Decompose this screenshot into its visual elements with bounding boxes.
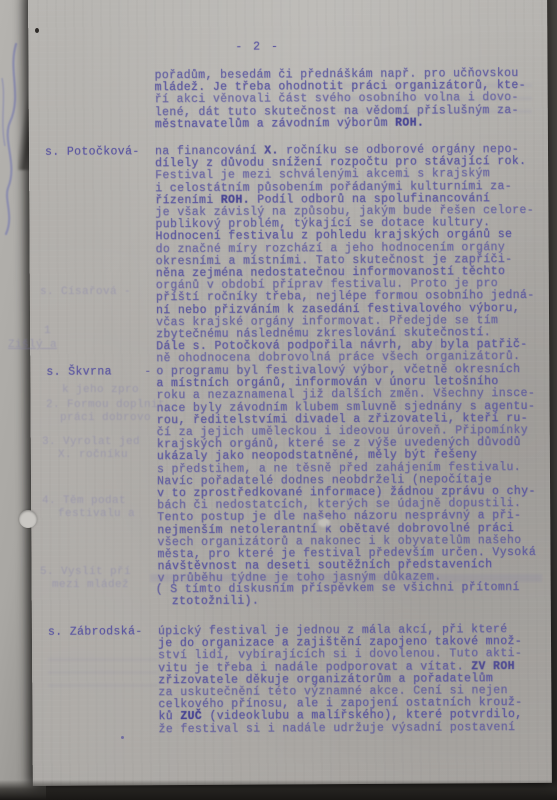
paper-sheet: - 2 - pořadům, besedám či přednáškám nap… [28, 0, 552, 786]
typewritten-content: - 2 - pořadům, besedám či přednáškám nap… [28, 0, 552, 786]
speaker-label: s. Potočková- [45, 145, 140, 159]
paragraph-zabrodska: s. Zábrodská-úpický festival je jednou z… [32, 623, 551, 626]
stray-ink-dot [121, 736, 124, 739]
retyped-bold-text: ROH. [395, 116, 424, 129]
speaker-label: s. Zábrodská- [48, 625, 143, 639]
speaker-label: s. Škvrna [46, 365, 112, 378]
retyped-bold-text: ZUČ [180, 710, 202, 723]
scanned-document-photo: - 2 - pořadům, besedám či přednáškám nap… [0, 0, 557, 800]
punch-hole [19, 510, 37, 528]
correction-blob [318, 518, 330, 527]
page-bottom-shadow [0, 780, 557, 800]
text-line: městnavatelům a závodním výborům ROH. [155, 116, 424, 131]
staple-speck [35, 28, 39, 33]
text-line: ztotožnili). [172, 595, 259, 609]
paragraph-potockova: s. Potočková-na financování X. ročníku s… [29, 143, 548, 146]
page-number: - 2 - [235, 40, 280, 53]
retyped-bold-text: ROH. [221, 193, 250, 206]
speaker-dash: - [144, 365, 151, 378]
paragraph-continuation: pořadům, besedám či přednáškám např. pro… [29, 67, 548, 70]
text-line: že festival si i nadále udržuje výsadní … [159, 721, 516, 736]
retyped-bold-text: ZV ROH [471, 660, 515, 673]
